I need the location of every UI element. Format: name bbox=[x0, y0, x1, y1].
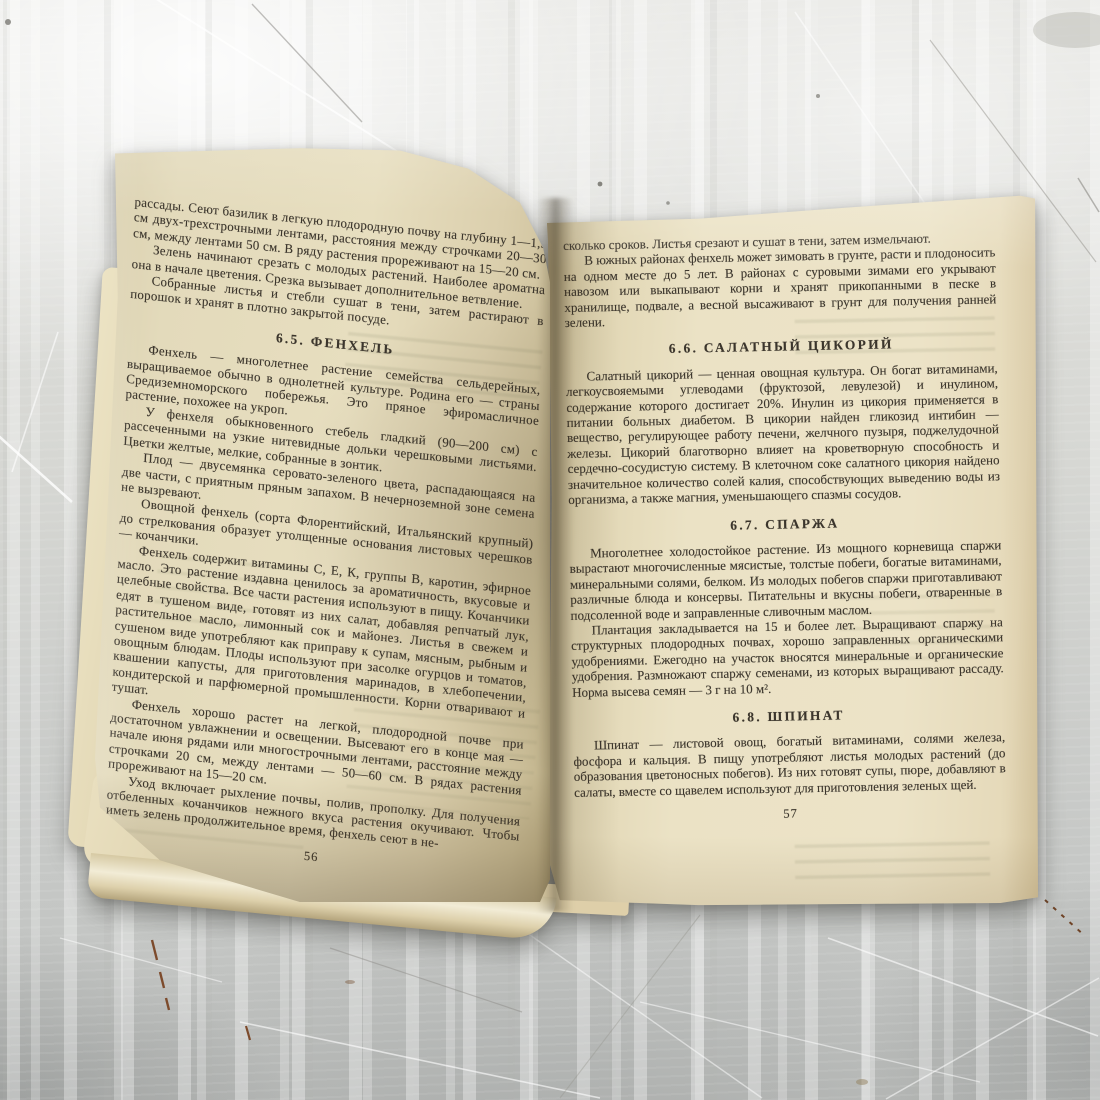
paragraph: Шпинат — листовой овощ, богатый витамина… bbox=[573, 730, 1006, 800]
paragraph: Салатный цикорий — ценная овощная культу… bbox=[566, 360, 1001, 507]
photo-scene: рассады. Сеют базилик в легкую плодородн… bbox=[0, 0, 1100, 1100]
open-book: рассады. Сеют базилик в легкую плодородн… bbox=[85, 143, 1043, 921]
showthrough-text bbox=[795, 841, 991, 890]
paragraph: Многолетнее холодостойкое растение. Из м… bbox=[569, 537, 1002, 623]
section-heading-spinach: 6.8. ШПИНАТ bbox=[573, 704, 1005, 728]
paragraph: Плантация закладывается на 15 и более ле… bbox=[571, 614, 1004, 700]
paragraph: В южных районах фенхель может зимовать в… bbox=[563, 245, 996, 331]
right-page: сколько сроков. Листья срезают и сушат в… bbox=[545, 190, 1040, 908]
section-heading-chicory: 6.6. САЛАТНЫЙ ЦИКОРИЙ bbox=[565, 335, 997, 359]
right-page-text: сколько сроков. Листья срезают и сушат в… bbox=[563, 229, 1007, 826]
left-page-text: рассады. Сеют базилик в легкую плодородн… bbox=[104, 194, 547, 886]
page-number-right: 57 bbox=[575, 802, 1007, 826]
section-heading-asparagus: 6.7. СПАРЖА bbox=[569, 512, 1001, 536]
left-page: рассады. Сеют базилик в легкую плодородн… bbox=[95, 146, 550, 902]
